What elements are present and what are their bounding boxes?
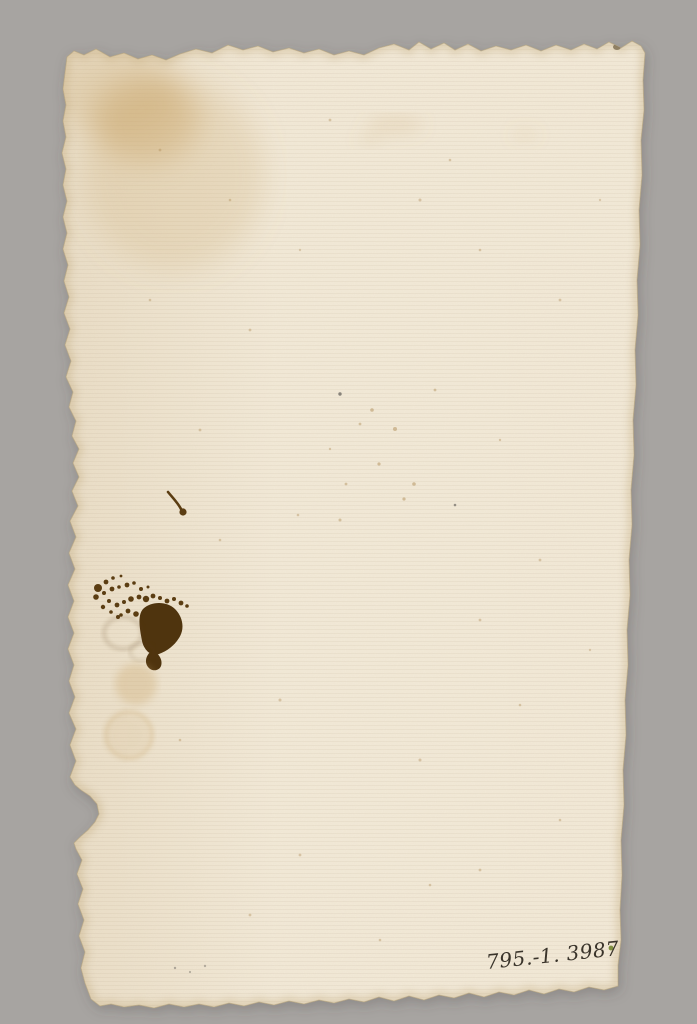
photo-stage: 795.-1. 3987 [0,0,697,1024]
photo-canvas: 795.-1. 3987 [0,0,697,1024]
ink-comma-head [179,508,186,515]
water-ring-stain-1 [115,663,157,705]
